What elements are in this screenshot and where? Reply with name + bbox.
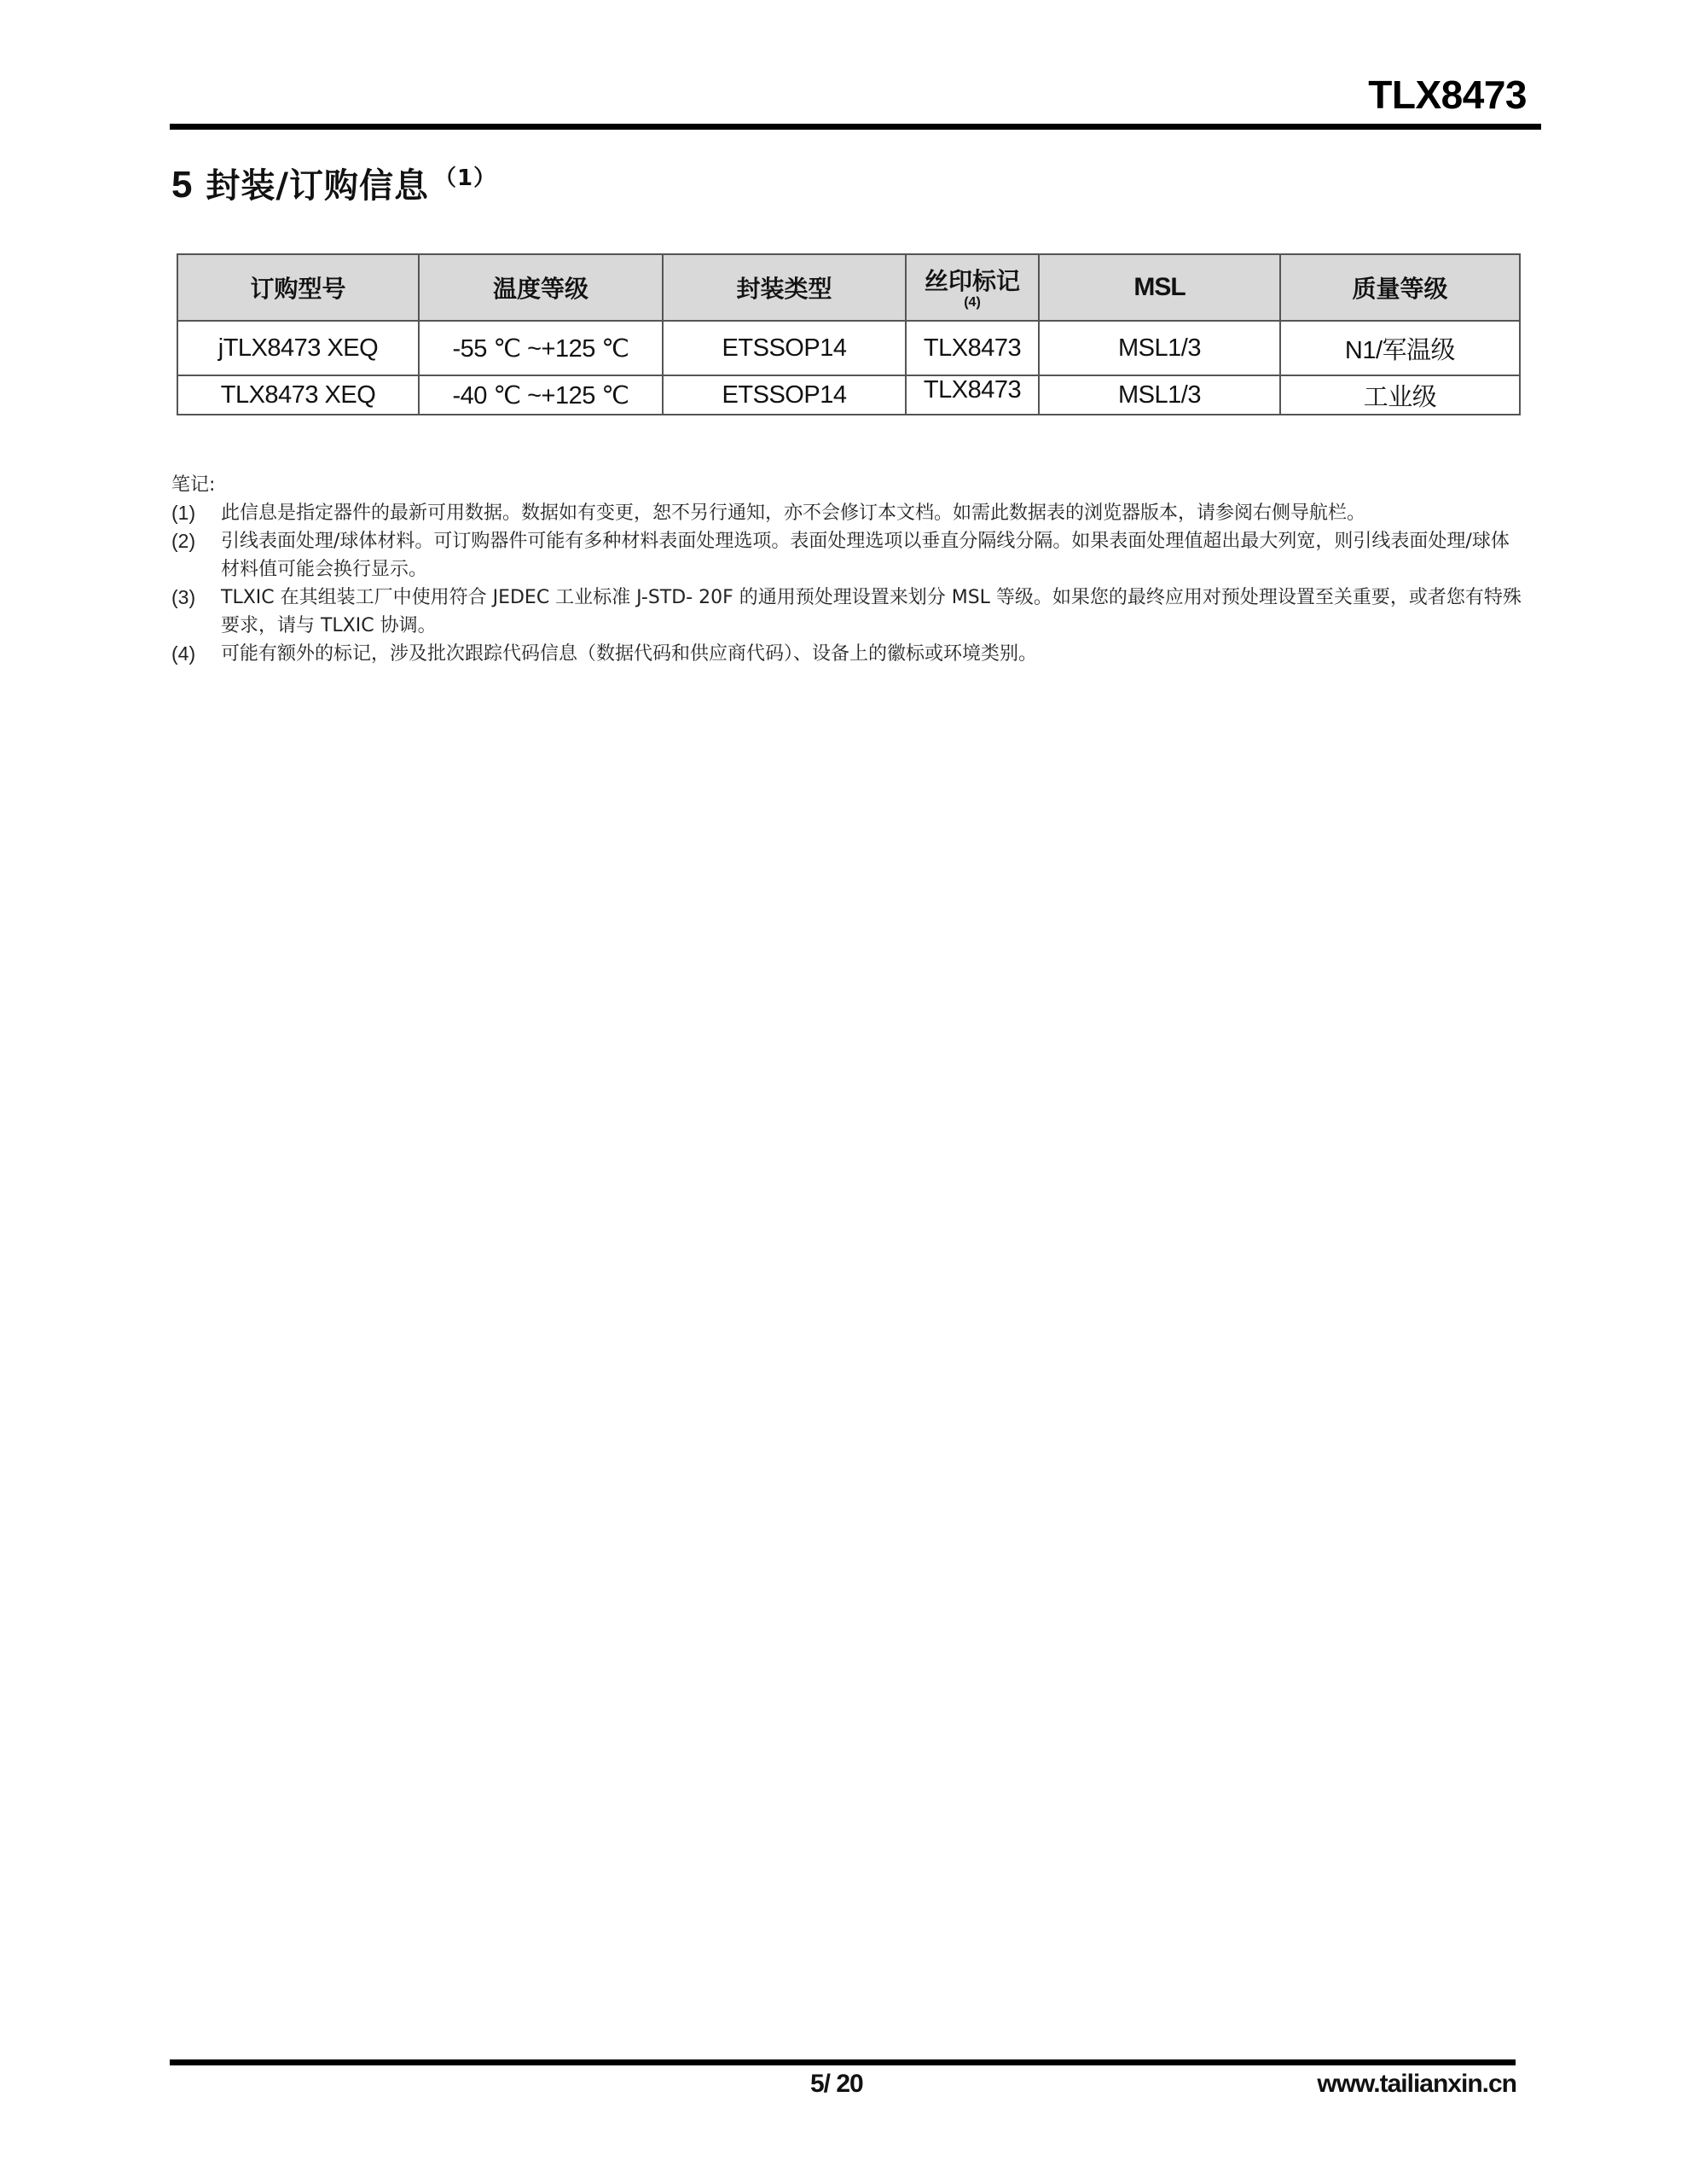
cell-order-number: TLX8473 XEQ [177, 375, 419, 415]
col-header-marking-label: 丝印标记 [907, 268, 1038, 295]
cell-temp-range: -55 ℃ ~+125 ℃ [419, 321, 663, 375]
page-number: 5/ 20 [810, 2070, 863, 2099]
note-text: 可能有额外的标记，涉及批次跟踪代码信息（数据代码和供应商代码）、设备上的徽标或环… [221, 640, 1528, 668]
cell-marking: TLX8473 [906, 375, 1039, 415]
notes-section: 笔记: (1) 此信息是指定器件的最新可用数据。数据如有变更，恕不另行通知，亦不… [171, 471, 1528, 668]
note-item-2: (2) 引线表面处理/球体材料。可订购器件可能有多种材料表面处理选项。表面处理选… [171, 527, 1528, 584]
section-title-text: 封装/订购信息 [206, 166, 429, 206]
note-text: 引线表面处理/球体材料。可订购器件可能有多种材料表面处理选项。表面处理选项以垂直… [221, 527, 1528, 584]
section-heading: 5 封装/订购信息（1） [171, 159, 496, 207]
note-number: (3) [171, 584, 221, 640]
col-header-package-type: 封装类型 [663, 254, 906, 321]
section-footnote-ref: （1） [434, 166, 496, 191]
note-number: (4) [171, 640, 221, 668]
note-text: 此信息是指定器件的最新可用数据。数据如有变更，恕不另行通知，亦不会修订本文档。如… [221, 499, 1528, 527]
note-item-3: (3) TLXIC 在其组装工厂中使用符合 JEDEC 工业标准 J-STD- … [171, 584, 1528, 640]
document-title: TLX8473 [1368, 72, 1527, 118]
cell-temp-range: -40 ℃ ~+125 ℃ [419, 375, 663, 415]
note-number: (1) [171, 499, 221, 527]
note-text: TLXIC 在其组装工厂中使用符合 JEDEC 工业标准 J-STD- 20F … [221, 584, 1528, 640]
table-row: TLX8473 XEQ -40 ℃ ~+125 ℃ ETSSOP14 TLX84… [177, 375, 1520, 415]
ordering-info-table: 订购型号 温度等级 封装类型 丝印标记 (4) MSL 质量等级 jTLX847… [177, 253, 1521, 415]
note-number: (2) [171, 527, 221, 584]
table-row: jTLX8473 XEQ -55 ℃ ~+125 ℃ ETSSOP14 TLX8… [177, 321, 1520, 375]
cell-marking: TLX8473 [906, 321, 1039, 375]
col-header-marking-note: (4) [907, 295, 1038, 311]
website-link[interactable]: www.tailianxin.cn [1317, 2070, 1516, 2099]
col-header-quality-grade: 质量等级 [1280, 254, 1520, 321]
col-header-msl: MSL [1039, 254, 1280, 321]
cell-quality: N1/军温级 [1280, 321, 1520, 375]
cell-quality: 工业级 [1280, 375, 1520, 415]
notes-label: 笔记: [171, 471, 1528, 499]
section-number: 5 [171, 164, 193, 206]
table-header-row: 订购型号 温度等级 封装类型 丝印标记 (4) MSL 质量等级 [177, 254, 1520, 321]
cell-package: ETSSOP14 [663, 321, 906, 375]
cell-msl: MSL1/3 [1039, 321, 1280, 375]
col-header-temp-grade: 温度等级 [419, 254, 663, 321]
col-header-order-number: 订购型号 [177, 254, 419, 321]
col-header-marking: 丝印标记 (4) [906, 254, 1039, 321]
footer-divider [170, 2059, 1516, 2065]
cell-package: ETSSOP14 [663, 375, 906, 415]
header-divider [170, 124, 1541, 130]
note-item-4: (4) 可能有额外的标记，涉及批次跟踪代码信息（数据代码和供应商代码）、设备上的… [171, 640, 1528, 668]
cell-order-number: jTLX8473 XEQ [177, 321, 419, 375]
note-item-1: (1) 此信息是指定器件的最新可用数据。数据如有变更，恕不另行通知，亦不会修订本… [171, 499, 1528, 527]
cell-msl: MSL1/3 [1039, 375, 1280, 415]
